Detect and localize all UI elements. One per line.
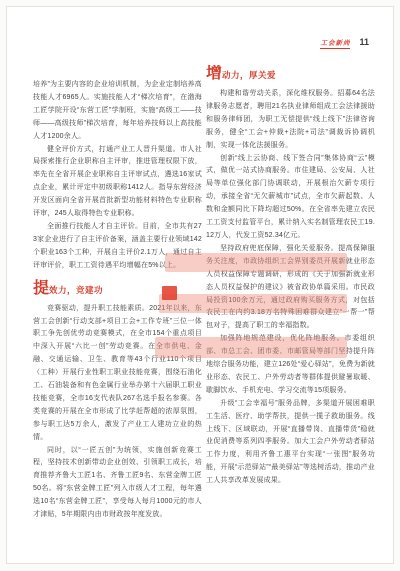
paragraph: 竞赛驱动，提升职工技能素质。2021年以来，东营工会创新“行动支部+项目工会+工… xyxy=(33,303,202,445)
section-heading-big-char: 增 xyxy=(206,65,222,82)
left-column: 培养”为主要内容的企业培训机制，为企业定制培养高技能人才6965人。实施技能人才… xyxy=(33,79,202,531)
paragraph: 全面推行技能人才自主评价。目前，全市共有273家企业进行了自主评价备案，涵盖主要… xyxy=(33,221,202,273)
right-column: 增 动力，厚关爱 构建和谐劳动关系，深化维权服务。招募64名法律服务志愿者，聘用… xyxy=(206,65,375,531)
paragraph: 构建和谐劳动关系，深化维权服务。招募64名法律服务志愿者，聘用21名执业律师组成… xyxy=(206,88,375,153)
scanned-page: 工会新尚 11 培养”为主要内容的企业培训机制，为企业定制培养高技能人才6965… xyxy=(6,6,394,564)
section-heading-small-text: 效力，竞建功 xyxy=(49,282,103,299)
paragraph: 同时，以“一匠五创”为统领，实施创新竞赛工程，坚持技术创新带动企业创效、引领职工… xyxy=(33,445,202,522)
section-heading-small-text: 动力，厚关爱 xyxy=(222,67,276,84)
paragraph: 健全评价方式，打通产业工人晋升渠道。市人社局探索推行企业职称自主评审，推进管理权… xyxy=(33,144,202,221)
section-heading-tixiaoli: 提 效力，竞建功 xyxy=(33,280,202,299)
section-heading-big-char: 提 xyxy=(33,280,49,297)
section-heading-zengdongli: 增 动力，厚关爱 xyxy=(206,65,375,84)
magazine-section-label: 工会新尚 xyxy=(320,38,350,49)
paragraph: 创新“线上云协商、线下签合同”集体协商“云”模式，做优一站式协商服务。市住建局、… xyxy=(206,153,375,243)
paragraph: 培养”为主要内容的企业培训机制，为企业定制培养高技能人才6965人。实施技能人才… xyxy=(33,79,202,144)
paragraph: 升级“工会幸福号”服务品牌，多渠道开展困难职工生活、医疗、助学帮扶，提供一揽子救… xyxy=(206,398,375,488)
page-header: 工会新尚 11 xyxy=(320,37,369,49)
page-number: 11 xyxy=(359,37,369,47)
paragraph: 坚持政府兜底保障，强化关爱服务。提高保障服务关注度，市政协组织工会界别委员开展新… xyxy=(206,243,375,333)
paragraph: 加强阵地规范建设，优化阵地服务。市委组织部、市总工会、团市委、市邮管局等部门坚持… xyxy=(206,333,375,398)
